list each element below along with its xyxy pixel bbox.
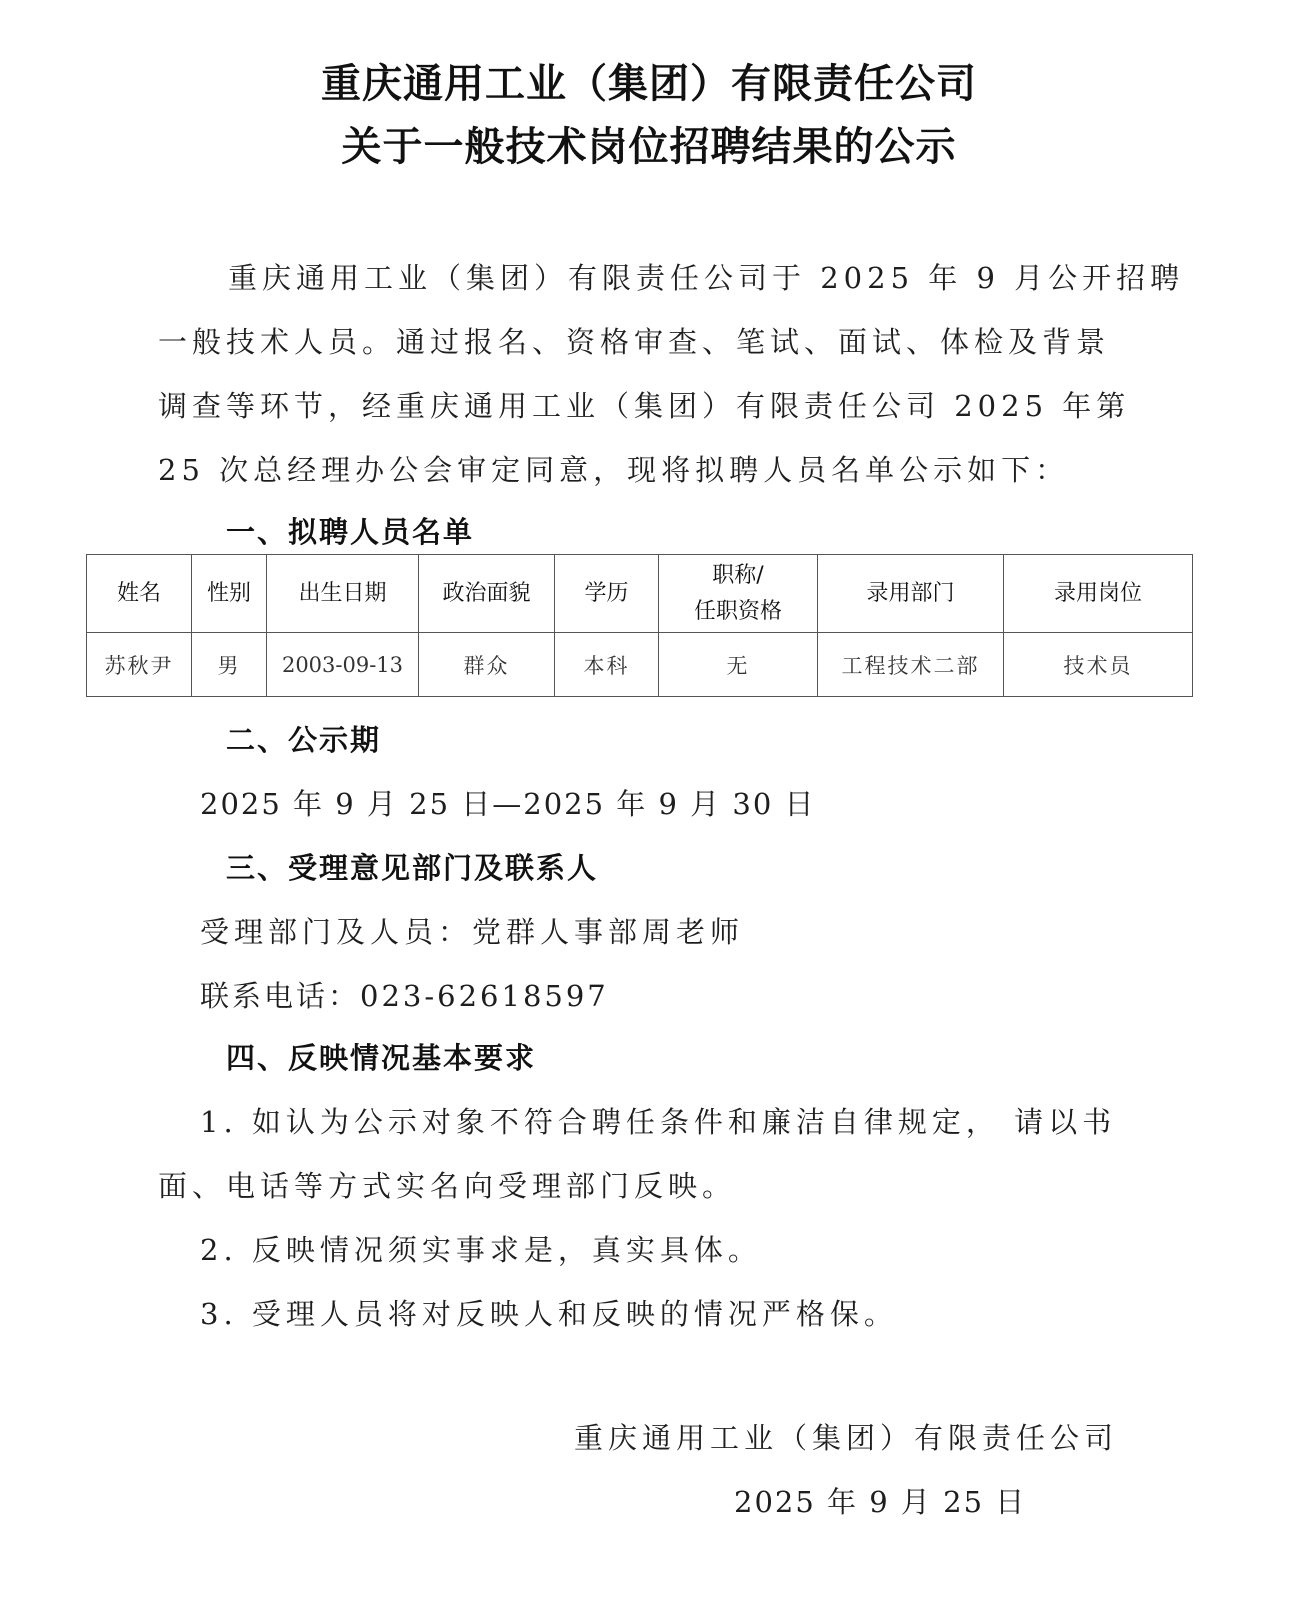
requirement-item-1: 1. 如认为公示对象不符合聘任条件和廉洁自律规定， 请以书 (200, 1100, 1116, 1141)
section2-heading: 二、公示期 (226, 718, 381, 759)
table-row: 苏秋尹 男 2003-09-13 群众 本科 无 工程技术二部 技术员 (87, 633, 1193, 697)
intro-line-2: 一般技术人员。通过报名、资格审查、笔试、面试、体检及背景 (158, 320, 1110, 361)
requirement-item-3: 3. 受理人员将对反映人和反映的情况严格保。 (200, 1292, 898, 1333)
contact-phone: 联系电话：023-62618597 (200, 974, 609, 1015)
publicity-period: 2025 年 9 月 25 日—2025 年 9 月 30 日 (200, 782, 816, 823)
cell-gender: 男 (192, 633, 267, 697)
intro-line-1: 重庆通用工业（集团）有限责任公司于 2025 年 9 月公开招聘 (228, 256, 1184, 297)
signature-date: 2025 年 9 月 25 日 (734, 1480, 1026, 1521)
section4-heading: 四、反映情况基本要求 (226, 1036, 536, 1077)
cell-department: 工程技术二部 (818, 633, 1004, 697)
cell-education: 本科 (555, 633, 659, 697)
header-political-status: 政治面貌 (419, 555, 555, 633)
header-birth-date: 出生日期 (267, 555, 419, 633)
signature-organization: 重庆通用工业（集团）有限责任公司 (574, 1416, 1118, 1457)
header-position: 录用岗位 (1004, 555, 1193, 633)
header-gender: 性别 (192, 555, 267, 633)
table-header-row: 姓名 性别 出生日期 政治面貌 学历 职称/ 任职资格 录用部门 录用岗位 (87, 555, 1193, 633)
intro-line-3: 调查等环节，经重庆通用工业（集团）有限责任公司 2025 年第 (158, 384, 1130, 425)
cell-position: 技术员 (1004, 633, 1193, 697)
header-title-line2: 任职资格 (659, 594, 817, 630)
contact-department: 受理部门及人员：党群人事部周老师 (200, 910, 744, 951)
header-title-qualification: 职称/ 任职资格 (659, 555, 818, 633)
document-title-line1: 重庆通用工业（集团）有限责任公司 (0, 52, 1298, 109)
cell-birth-date: 2003-09-13 (267, 633, 419, 697)
document-title-line2: 关于一般技术岗位招聘结果的公示 (0, 115, 1298, 172)
header-department: 录用部门 (818, 555, 1004, 633)
intro-line-4: 25 次总经理办公会审定同意，现将拟聘人员名单公示如下： (158, 448, 1069, 489)
candidate-table: 姓名 性别 出生日期 政治面貌 学历 职称/ 任职资格 录用部门 录用岗位 苏秋… (86, 554, 1193, 697)
requirement-item-2: 2. 反映情况须实事求是，真实具体。 (200, 1228, 762, 1269)
requirement-item-1-cont: 面、电话等方式实名向受理部门反映。 (158, 1164, 736, 1205)
header-name: 姓名 (87, 555, 192, 633)
header-title-line1: 职称/ (659, 558, 817, 594)
cell-name: 苏秋尹 (87, 633, 192, 697)
header-education: 学历 (555, 555, 659, 633)
section3-heading: 三、受理意见部门及联系人 (226, 846, 598, 887)
cell-title-qualification: 无 (659, 633, 818, 697)
section1-heading: 一、拟聘人员名单 (226, 510, 474, 551)
cell-political-status: 群众 (419, 633, 555, 697)
